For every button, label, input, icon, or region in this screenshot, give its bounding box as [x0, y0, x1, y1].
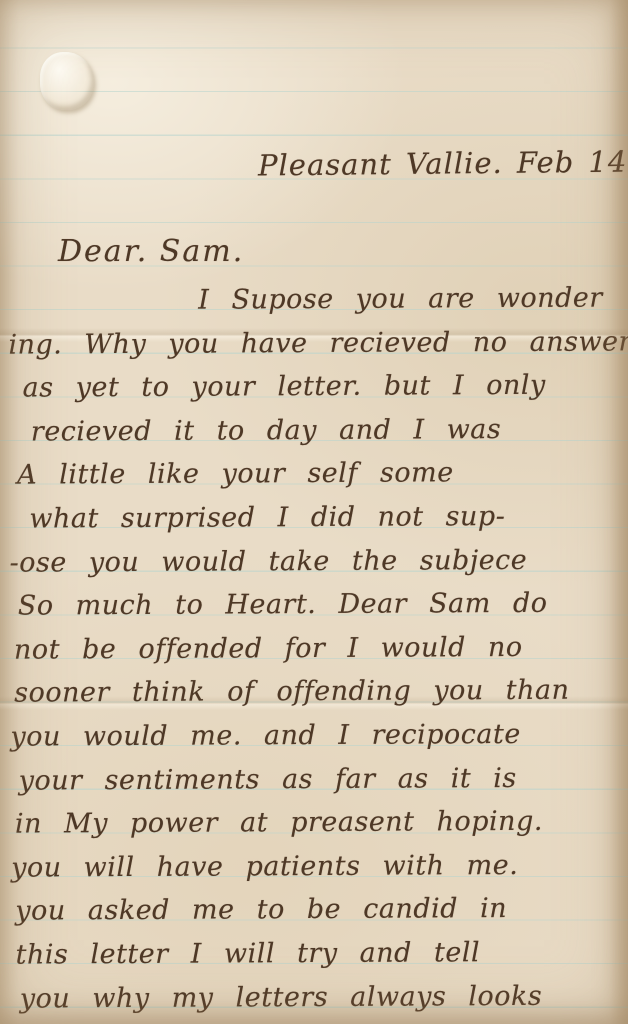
- dateline: Pleasant Vallie. Feb 14. 1880: [258, 144, 628, 183]
- letter-line: I Supose you are wonder: [8, 276, 620, 323]
- salutation: Dear. Sam.: [58, 234, 244, 269]
- letter-body: I Supose you are wondering. Why you have…: [8, 276, 624, 1020]
- letter-line: this letter I will try and tell: [11, 930, 623, 977]
- letter-line: sooner think of offending you than: [10, 669, 622, 716]
- letter-line: So much to Heart. Dear Sam do: [10, 582, 622, 629]
- letter-line: not be offended for I would no: [10, 625, 622, 672]
- letter-line: in My power at preasent hoping.: [11, 800, 623, 847]
- letter-line: your sentiments as far as it is: [11, 756, 623, 803]
- letter-line: you asked me to be candid in: [11, 887, 623, 934]
- letter-line: as yet to your letter. but I only: [9, 364, 621, 411]
- letter-line: -ose you would take the subjece: [9, 538, 621, 585]
- letter-line: what surprised I did not sup-: [9, 494, 621, 541]
- letter-line: recieved it to day and I was: [9, 407, 621, 454]
- letter-line: A little like your self some: [9, 451, 621, 498]
- letter-line: you would me. and I recipocate: [10, 712, 622, 759]
- letter-line: you why my letters always looks: [12, 974, 624, 1021]
- embossed-seal: [40, 52, 94, 110]
- letter-line: ing. Why you have recieved no answer: [8, 320, 620, 367]
- letter-page: Pleasant Vallie. Feb 14. 1880 Dear. Sam.…: [0, 0, 628, 1024]
- letter-line: you will have patients with me.: [11, 843, 623, 890]
